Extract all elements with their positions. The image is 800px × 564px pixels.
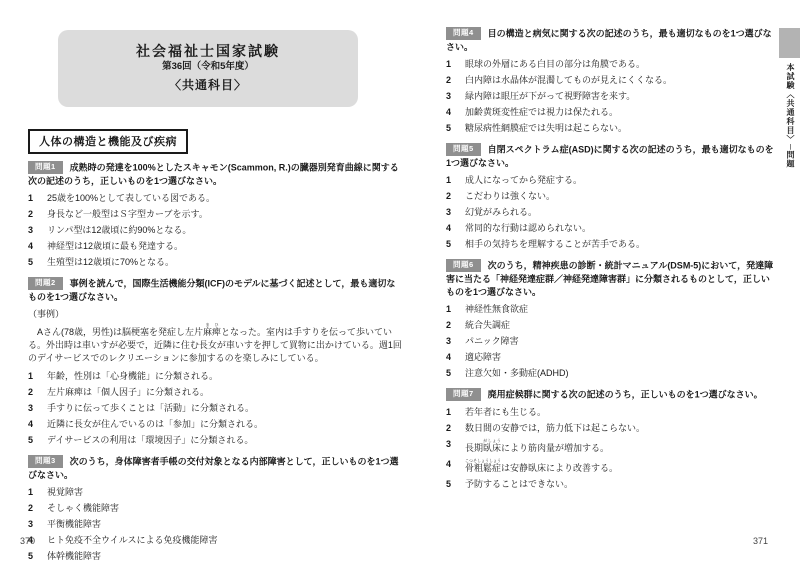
question-5: 問題5自閉スペクトラム症(ASD)に関する次の記述のうち，最も適切なものを1つ選… — [446, 143, 776, 250]
option-number: 5 — [28, 256, 37, 269]
option-number: 4 — [28, 418, 37, 431]
option-number: 3 — [28, 402, 37, 415]
option-text: 骨粗鬆症こつそしょうしょうは安静臥床により改善する。 — [465, 458, 776, 475]
question-statement: 問題6次のうち，精神疾患の診断・統計マニュアル(DSM-5)において，発達障害に… — [446, 259, 776, 299]
option-text: 左片麻痺は「個人因子」に分類される。 — [47, 386, 404, 399]
exam-session: 第36回（令和5年度） — [64, 61, 352, 73]
option-text: 身長など一般型はＳ字型カーブを示す。 — [47, 208, 404, 221]
option-text: そしゃく機能障害 — [47, 502, 404, 515]
option-text: 緑内障は眼圧が下がって視野障害を来す。 — [465, 90, 776, 103]
option-text: ヒト免疫不全ウイルスによる免疫機能障害 — [47, 534, 404, 547]
option-text: 平衡機能障害 — [47, 518, 404, 531]
option: 1若年者にも生じる。 — [446, 406, 776, 419]
page-number-right: 371 — [753, 536, 768, 546]
exam-title: 社会福祉士国家試験 — [64, 43, 352, 59]
option: 1視覚障害 — [28, 486, 404, 499]
option-text: パニック障害 — [465, 335, 776, 348]
option-text: 常同的な行動は認められない。 — [465, 222, 776, 235]
option-number: 2 — [28, 386, 37, 399]
option-text: 相手の気持ちを理解することが苦手である。 — [465, 238, 776, 251]
option: 5相手の気持ちを理解することが苦手である。 — [446, 238, 776, 251]
option-text: 成人になってから発症する。 — [465, 174, 776, 187]
option-number: 4 — [446, 222, 455, 235]
question-statement: 問題4目の構造と病気に関する次の記述のうち，最も適切なものを1つ選びなさい。 — [446, 27, 776, 54]
option-text: 加齢黄斑変性症では視力は保たれる。 — [465, 106, 776, 119]
option-number: 2 — [28, 208, 37, 221]
option-number: 5 — [446, 238, 455, 251]
option: 3幻覚がみられる。 — [446, 206, 776, 219]
question-text: 廃用症候群に関する次の記述のうち，正しいものを1つ選びなさい。 — [488, 390, 763, 400]
option: 2数日間の安静では，筋力低下は起こらない。 — [446, 422, 776, 435]
option: 1神経性無食欲症 — [446, 303, 776, 316]
option: 5糖尿病性網膜症では失明は起こらない。 — [446, 122, 776, 135]
option-number: 2 — [446, 190, 455, 203]
option-number: 1 — [28, 370, 37, 383]
question-3: 問題3次のうち，身体障害者手帳の交付対象となる内部障害として，正しいものを1つ選… — [28, 455, 404, 562]
option: 4骨粗鬆症こつそしょうしょうは安静臥床により改善する。 — [446, 458, 776, 475]
option: 1成人になってから発症する。 — [446, 174, 776, 187]
option-text: 予防することはできない。 — [465, 478, 776, 491]
option-number: 3 — [446, 438, 455, 455]
chapter-tab — [779, 28, 800, 58]
option: 4適応障害 — [446, 351, 776, 364]
option-text: 適応障害 — [465, 351, 776, 364]
option: 5デイサービスの利用は「環境因子」に分類される。 — [28, 434, 404, 447]
question-6: 問題6次のうち，精神疾患の診断・統計マニュアル(DSM-5)において，発達障害に… — [446, 259, 776, 379]
option-text: 統合失調症 — [465, 319, 776, 332]
option-number: 4 — [28, 240, 37, 253]
exam-subject: 〈共通科目〉 — [64, 78, 352, 92]
question-statement: 問題5自閉スペクトラム症(ASD)に関する次の記述のうち，最も適切なものを1つ選… — [446, 143, 776, 170]
question-number-badge: 問題5 — [446, 143, 481, 156]
option: 125歳を100%として表している図である。 — [28, 192, 404, 205]
question-text: 成熟時の発達を100%としたスキャモン(Scammon, R.)の臓器別発育曲線… — [28, 163, 399, 186]
option: 1年齢，性別は「心身機能」に分類される。 — [28, 370, 404, 383]
option-text: 長期臥床がしょうにより筋肉量が増加する。 — [465, 438, 776, 455]
question-2: 問題2事例を読んで，国際生活機能分類(ICF)のモデルに基づく記述として，最も適… — [28, 277, 404, 446]
option: 2白内障は水晶体が混濁してものが見えにくくなる。 — [446, 74, 776, 87]
option-number: 3 — [28, 224, 37, 237]
option-number: 2 — [446, 74, 455, 87]
option-text: 神経性無食欲症 — [465, 303, 776, 316]
option-number: 2 — [446, 319, 455, 332]
option: 4加齢黄斑変性症では視力は保たれる。 — [446, 106, 776, 119]
option: 3リンパ型は12歳頃に約90%となる。 — [28, 224, 404, 237]
option-number: 4 — [446, 106, 455, 119]
question-text: 自閉スペクトラム症(ASD)に関する次の記述のうち，最も適切なものを1つ選びなさ… — [446, 145, 774, 168]
option-number: 5 — [446, 122, 455, 135]
option: 2左片麻痺は「個人因子」に分類される。 — [28, 386, 404, 399]
option: 3パニック障害 — [446, 335, 776, 348]
option: 5注意欠如・多動症(ADHD) — [446, 367, 776, 380]
question-text: 次のうち，身体障害者手帳の交付対象となる内部障害として，正しいものを1つ選びなさ… — [28, 457, 399, 480]
option: 1眼球の外層にある白目の部分は角膜である。 — [446, 58, 776, 71]
option-number: 1 — [28, 486, 37, 499]
question-statement: 問題2事例を読んで，国際生活機能分類(ICF)のモデルに基づく記述として，最も適… — [28, 277, 404, 304]
option-number: 4 — [446, 351, 455, 364]
option: 4近隣に長女が住んでいるのは「参加」に分類される。 — [28, 418, 404, 431]
option-number: 5 — [446, 478, 455, 491]
option-text: 生殖型は12歳頃に70%となる。 — [47, 256, 404, 269]
option-number: 2 — [28, 502, 37, 515]
option-number: 3 — [446, 206, 455, 219]
option-number: 3 — [28, 518, 37, 531]
option-text: こだわりは強くない。 — [465, 190, 776, 203]
option: 2身長など一般型はＳ字型カーブを示す。 — [28, 208, 404, 221]
option-text: 年齢，性別は「心身機能」に分類される。 — [47, 370, 404, 383]
option-text: リンパ型は12歳頃に約90%となる。 — [47, 224, 404, 237]
option: 2こだわりは強くない。 — [446, 190, 776, 203]
question-statement: 問題3次のうち，身体障害者手帳の交付対象となる内部障害として，正しいものを1つ選… — [28, 455, 404, 482]
question-number-badge: 問題7 — [446, 388, 481, 401]
question-statement: 問題1成熟時の発達を100%としたスキャモン(Scammon, R.)の臓器別発… — [28, 161, 404, 188]
option: 4常同的な行動は認められない。 — [446, 222, 776, 235]
option-number: 1 — [446, 406, 455, 419]
option-text: 幻覚がみられる。 — [465, 206, 776, 219]
option: 5体幹機能障害 — [28, 550, 404, 563]
option-text: 注意欠如・多動症(ADHD) — [465, 367, 776, 380]
option-number: 5 — [446, 367, 455, 380]
case-label: （事例） — [28, 308, 404, 320]
option-number: 1 — [446, 58, 455, 71]
option: 3長期臥床がしょうにより筋肉量が増加する。 — [446, 438, 776, 455]
option-number: 5 — [28, 434, 37, 447]
chapter-tab-label: 本試験〈共通科目〉─問題 — [785, 63, 796, 169]
question-number-badge: 問題2 — [28, 277, 63, 290]
option-number: 1 — [446, 303, 455, 316]
exam-title-box: 社会福祉士国家試験 第36回（令和5年度） 〈共通科目〉 — [58, 30, 358, 107]
question-number-badge: 問題6 — [446, 259, 481, 272]
option-text: 糖尿病性網膜症では失明は起こらない。 — [465, 122, 776, 135]
option: 3手すりに伝って歩くことは「活動」に分類される。 — [28, 402, 404, 415]
option-number: 1 — [446, 174, 455, 187]
option: 5生殖型は12歳頃に70%となる。 — [28, 256, 404, 269]
option-number: 3 — [446, 90, 455, 103]
option-text: 若年者にも生じる。 — [465, 406, 776, 419]
option: 5予防することはできない。 — [446, 478, 776, 491]
option: 3緑内障は眼圧が下がって視野障害を来す。 — [446, 90, 776, 103]
option-text: 眼球の外層にある白目の部分は角膜である。 — [465, 58, 776, 71]
question-statement: 問題7廃用症候群に関する次の記述のうち，正しいものを1つ選びなさい。 — [446, 388, 776, 402]
option-text: デイサービスの利用は「環境因子」に分類される。 — [47, 434, 404, 447]
question-text: 事例を読んで，国際生活機能分類(ICF)のモデルに基づく記述として，最も適切なも… — [28, 279, 395, 302]
option-number: 1 — [28, 192, 37, 205]
question-number-badge: 問題4 — [446, 27, 481, 40]
option-number: 3 — [446, 335, 455, 348]
right-page: 問題4目の構造と病気に関する次の記述のうち，最も適切なものを1つ選びなさい。 1… — [446, 20, 776, 494]
option-number: 2 — [446, 422, 455, 435]
option-text: 視覚障害 — [47, 486, 404, 499]
question-1: 問題1成熟時の発達を100%としたスキャモン(Scammon, R.)の臓器別発… — [28, 161, 404, 268]
option-text: 体幹機能障害 — [47, 550, 404, 563]
option: 4神経型は12歳頃に最も発達する。 — [28, 240, 404, 253]
question-number-badge: 問題3 — [28, 455, 63, 468]
question-4: 問題4目の構造と病気に関する次の記述のうち，最も適切なものを1つ選びなさい。 1… — [446, 27, 776, 134]
question-text: 目の構造と病気に関する次の記述のうち，最も適切なものを1つ選びなさい。 — [446, 29, 772, 52]
section-header: 人体の構造と機能及び疾病 — [28, 129, 188, 154]
option: 2統合失調症 — [446, 319, 776, 332]
option-text: 数日間の安静では，筋力低下は起こらない。 — [465, 422, 776, 435]
question-text: 次のうち，精神疾患の診断・統計マニュアル(DSM-5)において，発達障害に当たる… — [446, 261, 773, 297]
option-text: 25歳を100%として表している図である。 — [47, 192, 404, 205]
option: 3平衡機能障害 — [28, 518, 404, 531]
option: 2そしゃく機能障害 — [28, 502, 404, 515]
option-text: 手すりに伝って歩くことは「活動」に分類される。 — [47, 402, 404, 415]
option: 4ヒト免疫不全ウイルスによる免疫機能障害 — [28, 534, 404, 547]
left-page: 社会福祉士国家試験 第36回（令和5年度） 〈共通科目〉 人体の構造と機能及び疾… — [28, 30, 404, 564]
case-text: Aさん(78歳，男性)は脳梗塞を発症し左片麻痺まひとなった。室内は手すりを伝って… — [28, 322, 404, 365]
option-text: 神経型は12歳頃に最も発達する。 — [47, 240, 404, 253]
option-text: 白内障は水晶体が混濁してものが見えにくくなる。 — [465, 74, 776, 87]
option-text: 近隣に長女が住んでいるのは「参加」に分類される。 — [47, 418, 404, 431]
page-number-left: 370 — [20, 536, 35, 546]
option-number: 4 — [446, 458, 455, 475]
question-7: 問題7廃用症候群に関する次の記述のうち，正しいものを1つ選びなさい。 1若年者に… — [446, 388, 776, 490]
question-number-badge: 問題1 — [28, 161, 63, 174]
option-number: 5 — [28, 550, 37, 563]
